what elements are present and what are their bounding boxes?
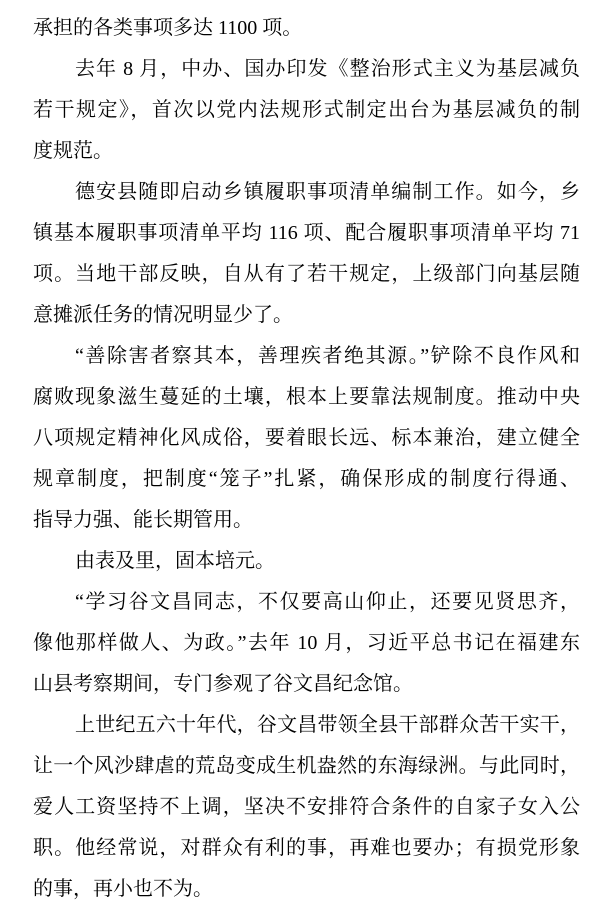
text-line: 像他那样做人、为政。”去年 10 月，习近平总书记在福建东 (33, 623, 580, 664)
document-text-body: 承担的各类事项多达 1100 项。去年 8 月，中办、国办印发《整治形式主义为基… (33, 8, 580, 909)
text-line: 腐败现象滋生蔓延的土壤，根本上要靠法规制度。推动中央 (33, 377, 580, 418)
text-line: 的事，再小也不为。 (33, 869, 580, 909)
text-line: 去年 8 月，中办、国办印发《整治形式主义为基层减负 (33, 49, 580, 90)
text-line: 度规范。 (33, 131, 580, 172)
text-line: 承担的各类事项多达 1100 项。 (33, 8, 580, 49)
text-line: 项。当地干部反映，自从有了若干规定，上级部门向基层随 (33, 254, 580, 295)
text-line: 德安县随即启动乡镇履职事项清单编制工作。如今，乡 (33, 172, 580, 213)
text-line: 职。他经常说，对群众有利的事，再难也要办；有损党形象 (33, 828, 580, 869)
text-line: 指导力强、能长期管用。 (33, 500, 580, 541)
text-line: 由表及里，固本培元。 (33, 541, 580, 582)
text-line: 意摊派任务的情况明显少了。 (33, 295, 580, 336)
text-line: 若干规定》，首次以党内法规形式制定出台为基层减负的制 (33, 90, 580, 131)
text-line: 山县考察期间，专门参观了谷文昌纪念馆。 (33, 664, 580, 705)
text-line: 让一个风沙肆虐的荒岛变成生机盎然的东海绿洲。与此同时， (33, 746, 580, 787)
text-line: 爱人工资坚持不上调，坚决不安排符合条件的自家子女入公 (33, 787, 580, 828)
document-page: 承担的各类事项多达 1100 项。去年 8 月，中办、国办印发《整治形式主义为基… (0, 0, 600, 909)
text-line: 八项规定精神化风成俗，要着眼长远、标本兼治，建立健全 (33, 418, 580, 459)
text-line: “学习谷文昌同志，不仅要高山仰止，还要见贤思齐， (33, 582, 580, 623)
text-line: 上世纪五六十年代，谷文昌带领全县干部群众苦干实干， (33, 705, 580, 746)
text-line: 镇基本履职事项清单平均 116 项、配合履职事项清单平均 71 (33, 213, 580, 254)
text-line: “善除害者察其本，善理疾者绝其源。”铲除不良作风和 (33, 336, 580, 377)
text-line: 规章制度，把制度“笼子”扎紧，确保形成的制度行得通、 (33, 459, 580, 500)
